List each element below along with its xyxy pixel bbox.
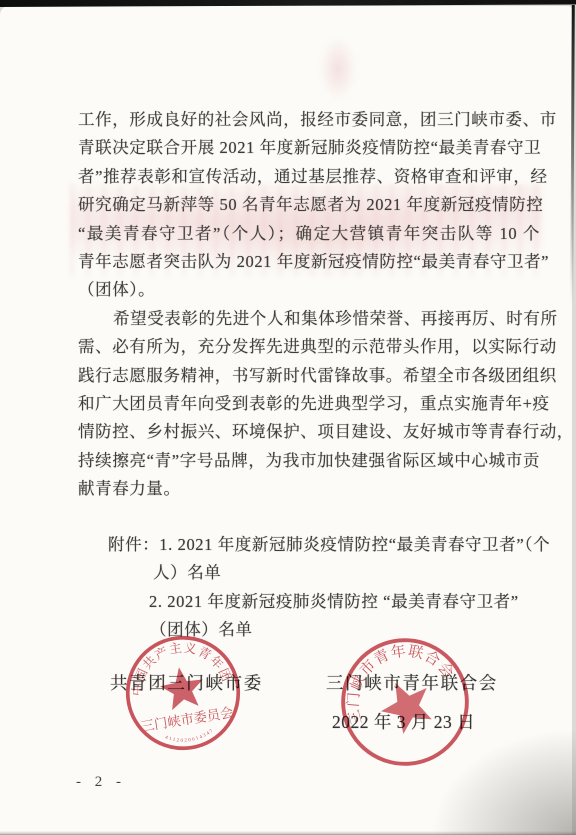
scanned-page: 工作，形成良好的社会风尚，报经市委同意，团三门峡市委、市 青联决定联合开展 20… (0, 6, 572, 834)
svg-text:4112020014347: 4112020014347 (164, 728, 217, 747)
body-line: 持续擦亮“青”字号品牌，为我市加快建强省际区域中心城市贡 (78, 447, 540, 475)
issuer-left-org: 共青团三门峡市委 (110, 670, 263, 695)
body-line: 需、必有所为，充分发挥先进典型的示范带头作用，以实际行动 (78, 333, 540, 361)
body-line: 情防控、乡村振兴、环境保护、项目建设、友好城市等青春行动， (78, 418, 540, 446)
scan-edge-right-crease (570, 5, 575, 305)
body-line: “最美青春守卫者”（个人）；确定大营镇青年突击队等 10 个 (78, 220, 540, 248)
scan-corner-shadow (426, 725, 576, 835)
issuer-right-org: 三门峡市青年联合会 (326, 670, 498, 695)
body-line: 研究确定马新萍等 50 名青年志愿者为 2021 年度新冠疫情防控 (78, 191, 540, 219)
attachment-line: 附件：1. 2021 年度新冠肺炎疫情防控“最美青春守卫者”（个 (78, 531, 540, 560)
attachment-list: 附件：1. 2021 年度新冠肺炎疫情防控“最美青春守卫者”（个 人）名单 2.… (78, 531, 540, 645)
seal-band-text: 三门峡市委员会 (140, 704, 235, 734)
seal-serial-number: 4112020014347 (164, 728, 217, 747)
attachment-line: 人）名单 (78, 559, 540, 588)
body-line: 践行志愿服务精神，书写新时代雷锋故事。希望全市各级团组织 (78, 362, 540, 390)
body-line: 者”推荐表彰和宣传活动，通过基层推荐、资格审查和评审，经 (78, 163, 540, 191)
page-number: - 2 - (76, 774, 126, 791)
attachment-line: （团体）名单 (78, 616, 540, 645)
body-line: 和广大团员青年向受到表彰的先进典型学习，重点实施青年+疫 (78, 390, 540, 418)
ink-smudge (318, 34, 358, 104)
body-line: 工作，形成良好的社会风尚，报经市委同意，团三门峡市委、市 (78, 106, 540, 134)
body-line: （团体）。 (78, 276, 540, 304)
document-body: 工作，形成良好的社会风尚，报经市委同意，团三门峡市委、市 青联决定联合开展 20… (78, 106, 540, 645)
body-line: 献青春力量。 (78, 475, 540, 503)
scan-edge-bottom (0, 831, 576, 835)
body-line: 青联决定联合开展 2021 年度新冠肺炎疫情防控“最美青春守卫 (78, 134, 540, 162)
body-line: 希望受表彰的先进个人和集体珍惜荣誉、再接再厉、时有所 (78, 305, 540, 333)
attachment-line: 2. 2021 年度新冠疫肺炎情防控 “最美青春守卫者” (78, 588, 540, 617)
body-line: 青年志愿者突击队为 2021 年度新冠疫情防控“最美青春守卫者” (78, 248, 540, 276)
